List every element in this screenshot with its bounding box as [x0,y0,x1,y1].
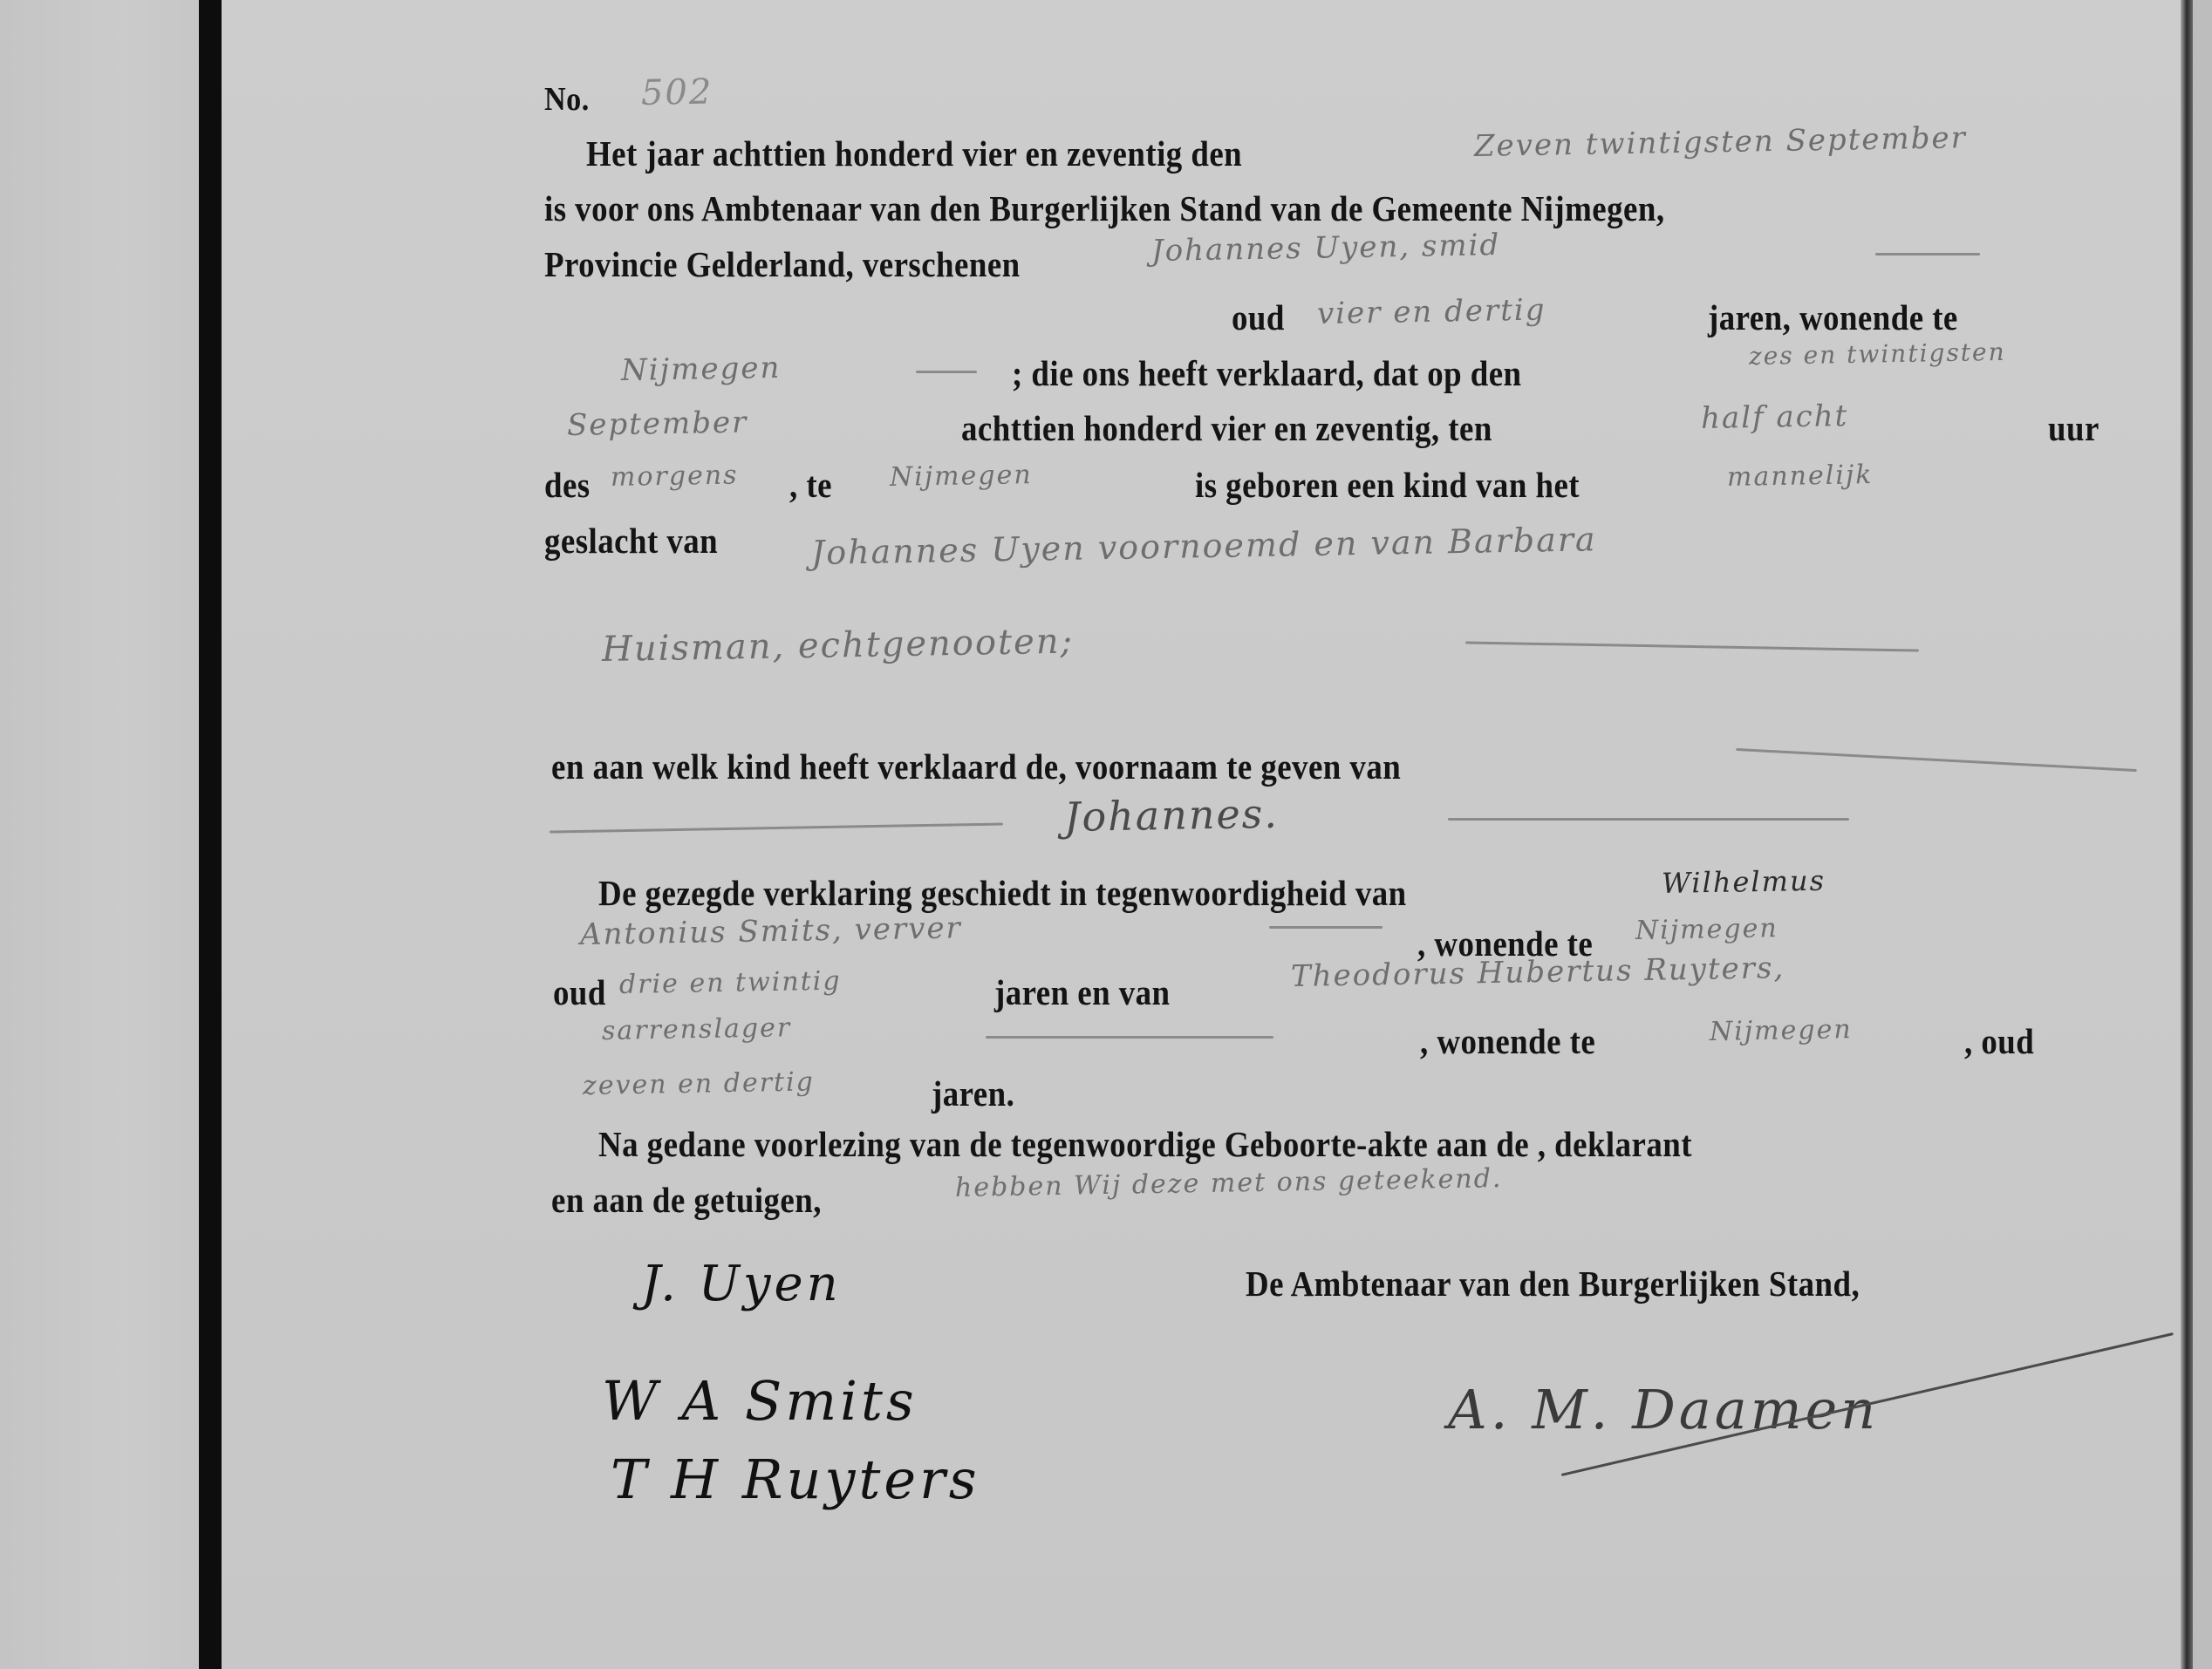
printed-line-13: , wonende te [1420,1020,1595,1062]
witness2-age: zeven en dertig [583,1066,815,1101]
birth-day: zes en twintigsten [1749,337,2006,371]
printed-line-12: jaren en van [994,971,1171,1013]
printed-line-2: is voor ons Ambtenaar van den Burgerlijk… [544,187,1664,229]
birth-time-of-day: morgens [611,460,739,493]
adjacent-page-strip [2193,0,2212,1669]
page-edge [2181,0,2193,1669]
signature-declarant: J. Uyen [641,1256,842,1312]
printed-line-7: is geboren een kind van het [1195,464,1580,506]
birth-month: September [567,405,748,443]
record-number-label: No. [544,80,590,119]
printed-line-1: Het jaar achttien honderd vier en zevent… [586,133,1242,174]
printed-hour-label: uur [2048,407,2099,449]
witness1-residence: Nijmegen [1635,913,1778,946]
printed-line-10: De gezegde verklaring geschiedt in tegen… [598,872,1407,914]
fill-rule [1875,253,1980,255]
printed-line-14: jaren. [932,1073,1014,1114]
printed-line-9: en aan welk kind heeft verklaard de, voo… [551,746,1401,787]
signature-official: A. M. Daamen [1448,1378,1879,1441]
printed-line-3: Provincie Gelderland, verschenen [544,243,1021,285]
printed-line-5: ; die ons heeft verklaard, dat op den [1012,352,1522,394]
printed-te-label: , te [789,464,832,506]
printed-line-16: en aan de getuigen, [551,1179,822,1221]
fill-rule [1269,926,1382,929]
printed-line-15: Na gedane voorlezing van de tegenwoordig… [598,1123,1692,1165]
official-title: De Ambtenaar van den Burgerlijken Stand, [1246,1263,1860,1305]
signature-witness2: T H Ruyters [611,1448,980,1511]
fill-rule [1448,818,1849,821]
printed-oud-label: , oud [1964,1020,2034,1062]
declarant-age: vier en dertig [1317,292,1546,331]
birth-place: Nijmegen [890,460,1033,493]
fill-rule [916,371,977,373]
printed-des-label: des [544,464,591,506]
declarant-name: Johannes Uyen, smid [1151,228,1501,269]
witness2-occupation: sarrenslager [602,1012,792,1046]
signature-witness1: W A Smits [602,1369,918,1433]
printed-age-label-2: oud [553,971,606,1013]
printed-line-8: geslacht van [544,520,718,562]
witness2-residence: Nijmegen [1710,1014,1853,1047]
witness1-name-part2: Antonius Smits, verver [580,910,962,952]
fill-rule [986,1036,1273,1039]
parents-line-2: Huisman, echtgenooten; [602,622,1075,670]
child-first-name: Johannes. [1064,790,1280,841]
child-sex: mannelijk [1727,460,1874,493]
birth-hour: half acht [1701,399,1849,436]
witness1-name-part1: Wilhelmus [1662,864,1826,900]
printed-line-6: achttien honderd vier en zeventig, ten [961,407,1492,449]
witness1-age: drie en twintig [619,966,842,1000]
declarant-residence: Nijmegen [621,351,782,388]
book-gutter [199,0,222,1669]
left-facing-page [0,0,202,1669]
record-number: 502 [641,72,713,113]
printed-residence-label: jaren, wonende te [1708,296,1958,338]
printed-age-label: oud [1232,296,1285,338]
